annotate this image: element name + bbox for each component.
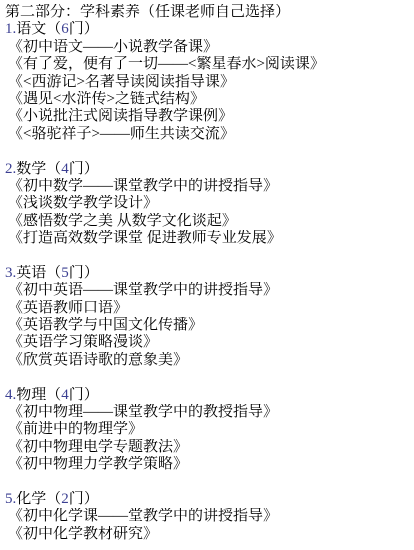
subject-name: 数学 xyxy=(16,161,46,177)
count-prefix: （ xyxy=(46,161,61,177)
course-title: 《初中物理——课堂教学中的教授指导》 xyxy=(5,404,414,421)
subject-section: 3.英语（5门）《初中英语——课堂教学中的讲授指导》《英语教师口语》《英语教学与… xyxy=(5,265,414,369)
course-title: 《初中化学教材研究》 xyxy=(5,526,414,543)
subject-section: 5.化学（2门）《初中化学课——堂教学中的讲授指导》《初中化学教材研究》 xyxy=(5,491,414,543)
course-count: 6 xyxy=(61,21,69,37)
blank-line xyxy=(5,369,414,386)
course-title: 《初中物理力学教学策略》 xyxy=(5,456,414,473)
sections: 1.语文（6门）《初中语文——小说教学备课》《有了爱，便有了一切——<繁星春水>… xyxy=(5,21,414,543)
count-prefix: （ xyxy=(46,387,61,403)
subject-name: 语文 xyxy=(16,21,46,37)
course-title: 《欣赏英语诗歌的意象美》 xyxy=(5,352,414,369)
subject-number: 1. xyxy=(5,21,16,37)
count-suffix: 门） xyxy=(69,387,99,403)
subject-header: 1.语文（6门） xyxy=(5,21,414,38)
subject-name: 英语 xyxy=(16,265,46,281)
count-suffix: 门） xyxy=(69,161,99,177)
course-title: 《初中物理电学专题教法》 xyxy=(5,439,414,456)
subject-header: 5.化学（2门） xyxy=(5,491,414,508)
course-title: 《打造高效数学课堂 促进教师专业发展》 xyxy=(5,230,414,247)
subject-header: 3.英语（5门） xyxy=(5,265,414,282)
course-title: 《初中语文——小说教学备课》 xyxy=(5,39,414,56)
page-title: 第二部分：学科素养（任课老师自己选择） xyxy=(5,4,414,21)
course-count: 4 xyxy=(61,387,69,403)
course-title: 《遇见<水浒传>之链式结构》 xyxy=(5,91,414,108)
course-title: 《<骆驼祥子>——师生共读交流》 xyxy=(5,126,414,143)
subject-header: 4.物理（4门） xyxy=(5,387,414,404)
subject-number: 2. xyxy=(5,161,16,177)
subject-number: 4. xyxy=(5,387,16,403)
subject-number: 5. xyxy=(5,491,16,507)
course-title: 《感悟数学之美 从数学文化谈起》 xyxy=(5,213,414,230)
course-title: 《浅谈数学教学设计》 xyxy=(5,195,414,212)
course-title: 《初中英语——课堂教学中的讲授指导》 xyxy=(5,282,414,299)
subject-header: 2.数学（4门） xyxy=(5,161,414,178)
course-count: 4 xyxy=(61,161,69,177)
blank-line xyxy=(5,474,414,491)
blank-line xyxy=(5,143,414,160)
count-suffix: 门） xyxy=(69,491,99,507)
count-prefix: （ xyxy=(46,21,61,37)
course-title: 《英语教学与中国文化传播》 xyxy=(5,317,414,334)
subject-section: 4.物理（4门）《初中物理——课堂教学中的教授指导》《前进中的物理学》《初中物理… xyxy=(5,387,414,474)
count-suffix: 门） xyxy=(69,265,99,281)
blank-line xyxy=(5,247,414,264)
course-title: 《前进中的物理学》 xyxy=(5,421,414,438)
course-count: 5 xyxy=(61,265,69,281)
course-title: 《英语教师口语》 xyxy=(5,300,414,317)
course-title: 《小说批注式阅读指导教学课例》 xyxy=(5,108,414,125)
count-prefix: （ xyxy=(46,491,61,507)
course-title: 《有了爱，便有了一切——<繁星春水>阅读课》 xyxy=(5,56,414,73)
subject-name: 化学 xyxy=(16,491,46,507)
course-title: 《<西游记>名著导读阅读指导课》 xyxy=(5,74,414,91)
subject-section: 2.数学（4门）《初中数学——课堂教学中的讲授指导》《浅谈数学教学设计》《感悟数… xyxy=(5,161,414,248)
document-body: 第二部分：学科素养（任课老师自己选择） 1.语文（6门）《初中语文——小说教学备… xyxy=(0,0,414,543)
count-suffix: 门） xyxy=(69,21,99,37)
course-title: 《英语学习策略漫谈》 xyxy=(5,334,414,351)
course-count: 2 xyxy=(61,491,69,507)
course-title: 《初中化学课——堂教学中的讲授指导》 xyxy=(5,508,414,525)
count-prefix: （ xyxy=(46,265,61,281)
subject-number: 3. xyxy=(5,265,16,281)
subject-section: 1.语文（6门）《初中语文——小说教学备课》《有了爱，便有了一切——<繁星春水>… xyxy=(5,21,414,143)
course-title: 《初中数学——课堂教学中的讲授指导》 xyxy=(5,178,414,195)
subject-name: 物理 xyxy=(16,387,46,403)
